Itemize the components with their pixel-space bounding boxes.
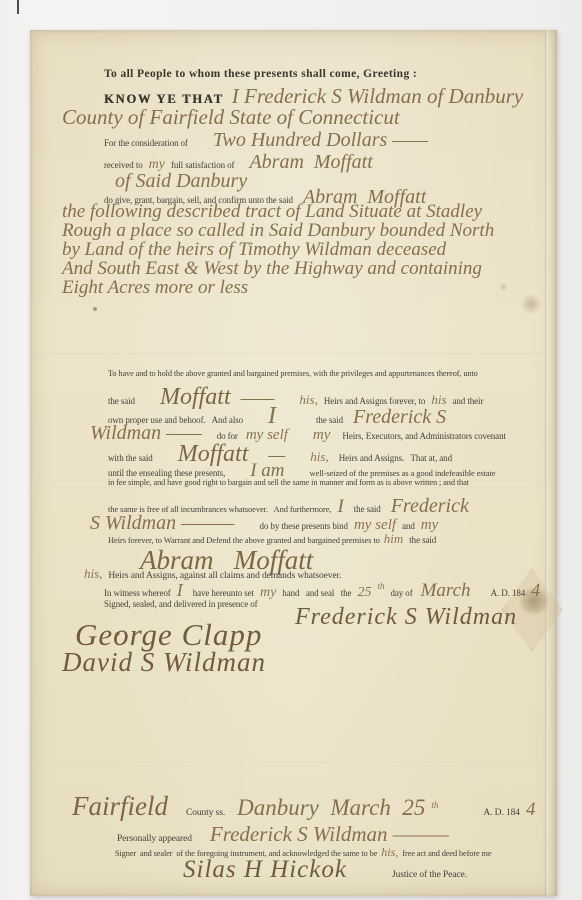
justice-signature-line: Silas H HickokJustice of the Peace.: [183, 856, 467, 884]
printed-text: A. D. 184: [491, 588, 526, 598]
handwritten-text: Frederick S Wildman ———: [210, 822, 449, 847]
personally-appeared-line: Personally appearedFrederick S Wildman —…: [117, 822, 449, 847]
habendum-line-1: To have and to hold the above granted an…: [108, 369, 478, 378]
printed-text: To all People to whom these presents sha…: [104, 68, 417, 80]
handwritten-text: th: [431, 800, 438, 810]
handwritten-text: Two Hundred Dollars ——: [213, 129, 428, 152]
handwritten-text: Frederick S Wildman: [295, 604, 517, 631]
printed-text: day of: [390, 588, 412, 598]
handwritten-text: County of Fairfield State of Connecticut: [62, 105, 400, 130]
handwritten-text: Danbury March 25: [237, 795, 425, 821]
printed-text: and their: [453, 396, 484, 406]
printed-text: received to: [104, 160, 143, 170]
salutation-line: To all People to whom these presents sha…: [104, 68, 417, 80]
handwritten-text: Silas H Hickok: [183, 856, 347, 884]
grantor-signature: Frederick S Wildman: [295, 604, 517, 631]
printed-text: in fee simple, and have good right to ba…: [108, 478, 469, 487]
printed-text: Heirs, Executors, and Administrators cov…: [342, 431, 505, 441]
printed-text: In witness whereof: [104, 588, 171, 598]
handwritten-text: his,: [84, 566, 102, 582]
printed-text: hand and seal the: [282, 588, 351, 598]
acknowledgment-venue-line: FairfieldCounty ss.Danbury March 25thA. …: [72, 791, 535, 822]
printed-text: have hereunto set: [193, 588, 254, 598]
attestation-line: Signed, sealed, and delivered in presenc…: [104, 599, 258, 609]
handwritten-text: Fairfield: [72, 791, 168, 822]
printed-text: do by these presents bind: [259, 521, 348, 531]
handwritten-text: Abram Moffatt: [249, 151, 372, 174]
printed-text: and: [402, 521, 415, 531]
handwritten-text: 4: [531, 580, 540, 601]
printed-text: Heirs forever, to Warrant and Defend the…: [108, 535, 380, 545]
printed-text: To have and to hold the above granted an…: [108, 369, 478, 378]
printed-text: Justice of the Peace.: [392, 870, 467, 880]
printed-text: do for: [217, 431, 238, 441]
printed-text: full satisfaction of: [171, 160, 234, 170]
handwritten-text: th: [377, 581, 384, 591]
printed-text: For the consideration of: [104, 138, 188, 148]
document-text-layer: To all People to whom these presents sha…: [0, 0, 582, 900]
handwritten-text: David S Wildman: [62, 647, 266, 678]
printed-text: County ss.: [186, 808, 225, 818]
handwritten-text: Eight Acres more or less: [62, 277, 248, 299]
printed-text: the said: [409, 535, 436, 545]
witness-signature-2: David S Wildman: [62, 647, 266, 678]
handwritten-text: I: [177, 580, 183, 601]
handwritten-text: him: [384, 531, 404, 547]
printed-text: well-seized of the premises as a good in…: [310, 468, 496, 478]
description-line-5: Eight Acres more or less: [62, 277, 248, 299]
printed-text: A. D. 184: [483, 808, 520, 818]
handwritten-text: my: [260, 585, 276, 601]
consideration-line: For the consideration ofTwo Hundred Doll…: [104, 129, 428, 152]
handwritten-text: 4: [526, 799, 536, 821]
printed-text: Signed, sealed, and delivered in presenc…: [104, 599, 258, 609]
printed-text: until the ensealing these presents,: [108, 468, 225, 478]
scanned-deed-document: To all People to whom these presents sha…: [0, 0, 582, 900]
covenant-line-4: in fee simple, and have good right to ba…: [108, 478, 469, 487]
county-state-line: County of Fairfield State of Connecticut: [62, 105, 400, 130]
handwritten-text: 25: [357, 585, 371, 601]
printed-text: Personally appeared: [117, 834, 192, 844]
handwritten-text: March: [421, 580, 471, 602]
